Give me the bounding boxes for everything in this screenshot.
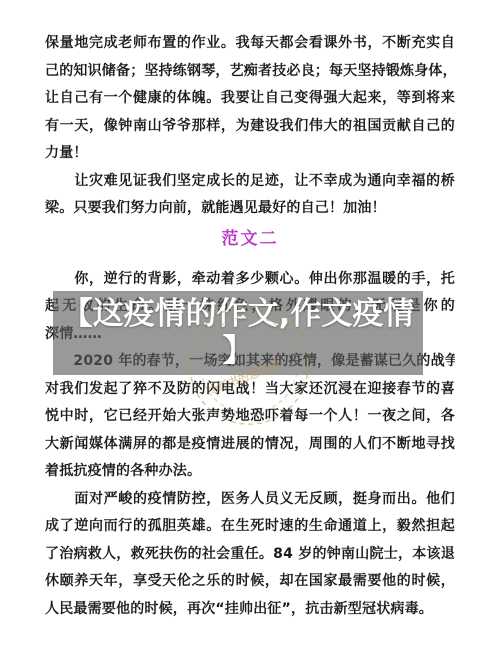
text-line: 保量地完成老师布置的作业。我每天都会看课外书，不断充实自 (45, 30, 455, 58)
text-line: 对我们发起了猝不及防的闪电战！当大家还沉浸在迎接春节的喜 (45, 376, 455, 404)
text-line: 让自己有一个健康的体魄。我要让自己变得强大起来，等到将来 (45, 85, 455, 113)
paragraph: 面对严峻的疫情防控，医务人员义无反顾，挺身而出。他们成了逆向而行的孤胆英雄。在生… (45, 486, 455, 624)
paragraph: 保量地完成老师布置的作业。我每天都会看课外书，不断充实自己的知识储备；坚持练钢琴… (45, 30, 455, 168)
section-title: 范文二 (45, 226, 455, 253)
paragraph: 让灾难见证我们坚定成长的足迹，让不幸成为通向幸福的桥梁。只要我们努力向前，就能遇… (45, 168, 455, 223)
text-line: 了治病救人，救死扶伤的社会重任。84 岁的钟南山院士，本该退 (45, 541, 455, 569)
text-line: 有一天，像钟南山爷爷那样，为建设我们伟大的祖国贡献自己的 (45, 113, 455, 141)
text-line: 己的知识储备；坚持练钢琴，艺痴者技必良；每天坚持锻炼身体， (45, 58, 455, 86)
caption-text-line1: 【这疫情的作文,作文疫情 (62, 296, 415, 333)
text-line: 着抵抗疫情的各种办法。 (45, 458, 455, 486)
caption-overlay: 【这疫情的作文,作文疫情 】 (53, 291, 423, 375)
document-page: 保量地完成老师布置的作业。我每天都会看课外书，不断充实自己的知识储备；坚持练钢琴… (0, 0, 500, 666)
text-line: 人民最需要他的时候，再次“挂帅出征”，抗击新型冠状病毒。 (45, 596, 455, 624)
text-line: 悦中时，它已经开始大张声势地恐吓着每一个人！一夜之间，各 (45, 403, 455, 431)
text-line: 力量！ (45, 140, 455, 168)
text-line: 面对严峻的疫情防控，医务人员义无反顾，挺身而出。他们 (45, 486, 455, 514)
text-line: 休颐养天年，享受天伦之乐的时候，却在国家最需要他的时候， (45, 568, 455, 596)
text-line: 你，逆行的背影，牵动着多少颗心。伸出你那温暖的手，托 (45, 266, 455, 294)
text-line: 大新闻媒体满屏的都是疫情进展的情况，周围的人们不断地寻找 (45, 431, 455, 459)
text-line: 梁。只要我们努力向前，就能遇见最好的自己！加油！ (45, 195, 455, 223)
caption-text-line2: 】 (223, 333, 254, 370)
text-line: 让灾难见证我们坚定成长的足迹，让不幸成为通向幸福的桥 (45, 168, 455, 196)
text-line: 成了逆向而行的孤胆英雄。在生死时速的生命通道上，毅然担起 (45, 513, 455, 541)
